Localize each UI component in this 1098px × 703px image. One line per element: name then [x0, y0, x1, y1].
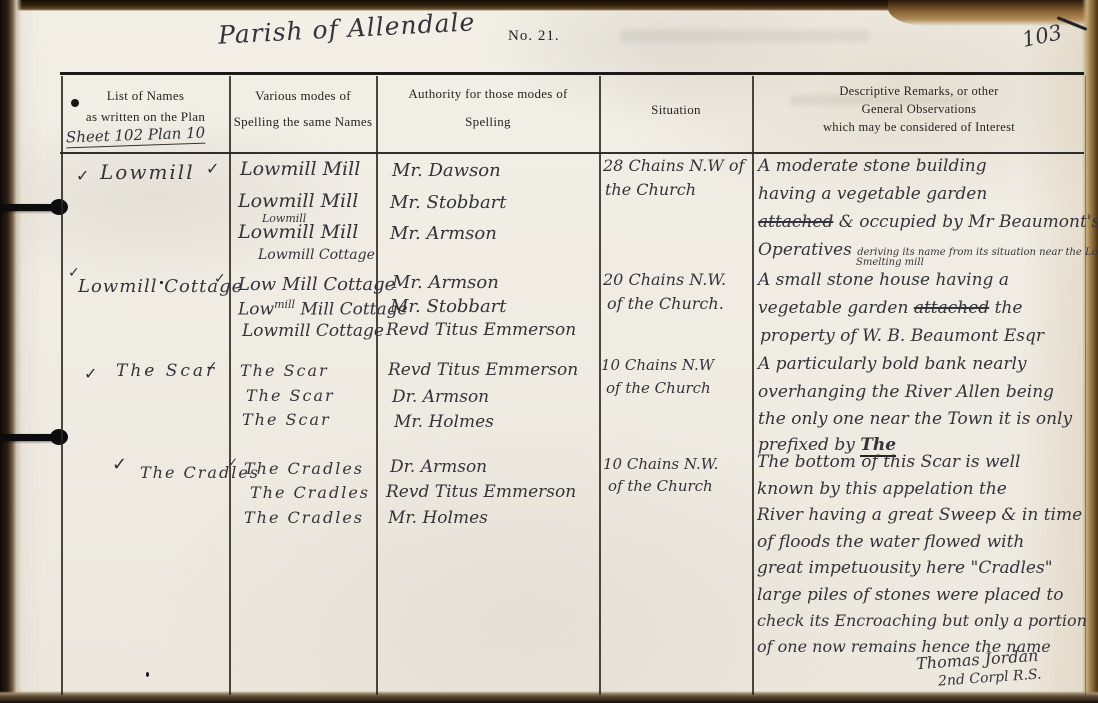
- binding-lace-bottom: [0, 434, 58, 441]
- column-divider: [752, 76, 754, 695]
- remark-line: large piles of stones were placed to: [757, 585, 1063, 605]
- check-mark: ✓: [206, 159, 219, 178]
- check-mark: ✓: [76, 166, 89, 185]
- authority-line: Dr. Armson: [392, 387, 489, 407]
- authority-line: Mr. Armson: [390, 223, 497, 244]
- remark-line: A particularly bold bank nearly: [758, 354, 1027, 374]
- table-top-rule: [60, 72, 1084, 75]
- spelling-line: Lowmill Cottage: [242, 321, 384, 341]
- header-names-line1: List of Names: [62, 88, 229, 104]
- header-bottom-rule: [60, 152, 1084, 154]
- header-authority-line2: Spelling: [377, 114, 599, 130]
- binding-lace-top: [0, 204, 58, 211]
- check-mark: ✓: [206, 359, 218, 375]
- remark-line: of floods the water flowed with: [757, 532, 1024, 552]
- header-situation: Situation: [600, 102, 752, 118]
- authority-line: Mr. Holmes: [394, 412, 494, 432]
- situation-line: 28 Chains N.W of: [603, 156, 744, 175]
- bleed-through-mark: [620, 30, 870, 42]
- spelling-line: The Scar: [246, 386, 335, 405]
- spelling-line: Lowmill Mill: [238, 190, 358, 212]
- spelling-superscript: mill: [274, 298, 295, 311]
- spelling-line: Low Mill Cottage: [238, 274, 395, 295]
- struck-word: attached: [914, 298, 989, 318]
- book-edge-bottom: [0, 691, 1098, 703]
- remark-line: Operatives deriving its name from its si…: [758, 240, 1098, 260]
- spelling-line: The Scar: [240, 361, 329, 380]
- book-edge-left: [0, 0, 22, 703]
- parish-title: Parish of Allendale: [217, 7, 475, 49]
- remark-text: Operatives: [758, 240, 857, 260]
- spelling-line: The Cradles: [250, 483, 370, 502]
- scanned-name-book-page: Parish of Allendale No. 21. 103 List of …: [0, 0, 1098, 703]
- spelling-line: Lowmill Mill Cottage: [238, 298, 408, 320]
- remark-text: & occupied by Mr Beaumont's: [833, 212, 1098, 232]
- authority-line: Dr. Armson: [390, 457, 487, 477]
- spelling-line: Lowmill Cottage: [258, 247, 375, 263]
- table-border-right: [1085, 76, 1086, 695]
- header-modes-line1: Various modes of: [230, 88, 376, 104]
- situation-line: of the Church: [606, 379, 711, 397]
- header-modes-line2: Spelling the same Names: [230, 114, 376, 130]
- situation-line: of the Church: [608, 477, 713, 495]
- remark-text: the: [989, 298, 1022, 318]
- situation-line: 10 Chains N.W: [601, 356, 714, 374]
- column-divider: [376, 76, 378, 695]
- plan-name: The Scar: [116, 361, 217, 381]
- authority-line: Revd Titus Emmerson: [386, 482, 576, 502]
- authority-line: Revd Titus Emmerson: [386, 320, 576, 340]
- header-remarks-line2: General Observations: [753, 102, 1085, 117]
- header-authority-line1: Authority for those modes of: [377, 86, 599, 102]
- authority-line: Mr. Armson: [392, 272, 499, 293]
- authority-line: Mr. Dawson: [392, 160, 501, 181]
- spelling-text: Low: [238, 300, 274, 320]
- remark-line: A moderate stone building: [758, 156, 987, 176]
- column-divider: [229, 76, 231, 695]
- header-remarks-line3: which may be considered of Interest: [753, 120, 1085, 135]
- check-mark: ✓: [228, 455, 238, 469]
- situation-line: 10 Chains N.W.: [603, 455, 718, 473]
- situation-line: of the Church.: [607, 294, 724, 313]
- book-number: No. 21.: [508, 28, 560, 45]
- remark-line: A small stone house having a: [758, 270, 1009, 290]
- spelling-line: Lowmill Mill: [238, 221, 358, 243]
- spelling-line: The Scar: [242, 410, 331, 429]
- remark-line: property of W. B. Beaumont Esqr: [760, 326, 1044, 346]
- spelling-line: The Cradles: [244, 508, 364, 527]
- remark-line: attached & occupied by Mr Beaumont's: [758, 212, 1098, 232]
- remark-line: overhanging the River Allen being: [758, 382, 1054, 402]
- remark-line: vegetable garden attached the: [758, 298, 1022, 318]
- remark-line: having a vegetable garden: [758, 184, 987, 204]
- remark-text: vegetable garden: [758, 298, 914, 318]
- plan-name: The Cradles: [140, 463, 260, 482]
- remark-line: The bottom of this Scar is well: [757, 452, 1020, 472]
- remark-line: great impetuousity here "Cradles": [757, 558, 1053, 578]
- table-border-left: [61, 76, 63, 695]
- remark-line: River having a great Sweep & in time: [757, 505, 1082, 525]
- situation-line: the Church: [605, 180, 696, 199]
- spelling-line: The Cradles: [244, 459, 364, 478]
- authority-line: Mr. Stobbart: [390, 192, 507, 213]
- column-divider: [599, 76, 601, 695]
- remark-line: known by this appelation the: [757, 479, 1007, 499]
- remark-line: check its Encroaching but only a portion: [757, 611, 1087, 630]
- struck-word: attached: [758, 212, 833, 232]
- plan-name: Lowmill: [100, 160, 195, 184]
- remark-small-line: Smelting mill: [856, 257, 924, 268]
- authority-line: Mr. Holmes: [388, 508, 488, 528]
- authority-line: Revd Titus Emmerson: [388, 360, 578, 380]
- header-remarks-line1: Descriptive Remarks, or other: [753, 84, 1085, 99]
- remark-line: the only one near the Town it is only: [758, 409, 1072, 429]
- situation-line: 20 Chains N.W.: [603, 270, 726, 289]
- spelling-line: Lowmill Mill: [240, 158, 360, 180]
- sheet-plan-note: Sheet 102 Plan 10: [66, 124, 206, 149]
- check-mark: ✓: [112, 454, 127, 475]
- check-mark: ✓: [84, 364, 97, 383]
- check-mark: ✓: [214, 271, 226, 287]
- ink-speck: [146, 672, 149, 677]
- authority-line: Mr. Stobbart: [390, 296, 507, 317]
